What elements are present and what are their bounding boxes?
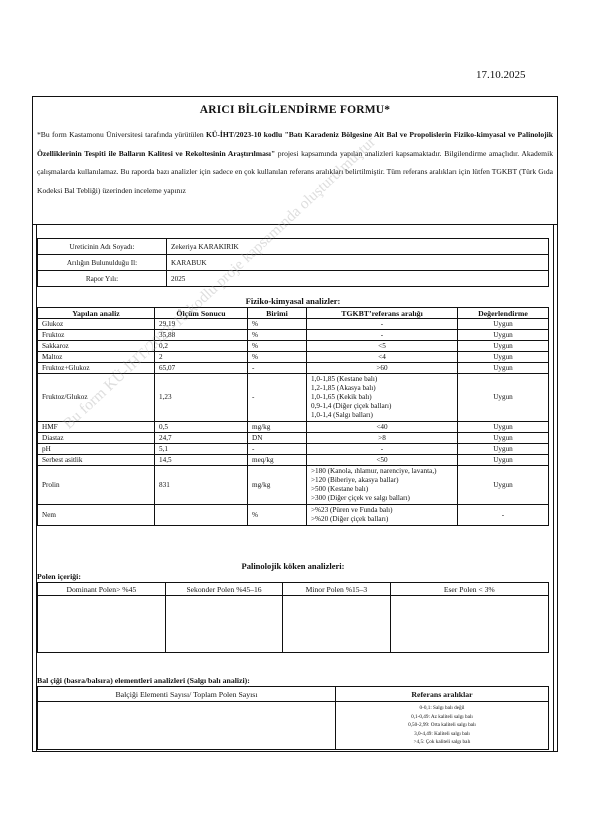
info-label: Arılığın Bulunulduğu Il: [38,255,167,271]
info-label: Ureticinin Adı Soyadı: [38,239,167,255]
evaluation-cell: Uygun [458,466,549,505]
polen-table: Dominant Polen> %45 Sekonder Polen %45–1… [37,582,549,653]
reference-line: >500 (Kestane balı) [311,485,453,494]
reference-cell: >%23 (Püren ve Funda balı)>%20 (Diğer çi… [307,505,458,526]
col-header: TGKBT’referans aralığı [307,308,458,319]
table-row: Nem%>%23 (Püren ve Funda balı)>%20 (Diğe… [38,505,549,526]
analysis-cell: Fruktoz+Glukoz [38,363,155,374]
col-header: Minor Polen %15–3 [283,583,390,596]
reference-line: - [311,331,453,340]
result-cell: 24,7 [155,433,248,444]
unit-cell: - [248,374,307,422]
balcigi-refs-cell: 0-0,1: Salgı balı değil0,1-0,49: Az kali… [336,702,549,750]
col-header: Dominant Polen> %45 [38,583,166,596]
polen-label: Polen içeriği: [37,572,81,581]
col-header: Eser Polen < 3% [390,583,548,596]
evaluation-cell: Uygun [458,433,549,444]
reference-cell: - [307,330,458,341]
unit-cell: % [248,319,307,330]
analysis-cell: pH [38,444,155,455]
reference-cell: 1,0-1,85 (Kestane balı)1,2-1,85 (Akasya … [307,374,458,422]
col-header: Sekonder Polen %45–16 [165,583,283,596]
result-cell: 65,07 [155,363,248,374]
evaluation-cell: Uygun [458,330,549,341]
table-row: Fruktoz35,88%-Uygun [38,330,549,341]
sekonder-polen-cell [165,596,283,653]
result-cell: 0,5 [155,422,248,433]
info-value: Zekeriya KARAKIRIK [167,239,549,255]
physico-table: Yapılan analiz Ölçüm Sonucu Birimi TGKBT… [37,307,549,526]
reference-line: >300 (Diğer çiçek ve salgı balları) [311,494,453,503]
analysis-cell: Maltoz [38,352,155,363]
balcigi-title: Bal çiği (basra/balsıra) elementleri ana… [37,676,250,685]
analysis-cell: Fruktoz [38,330,155,341]
col-header: Ölçüm Sonucu [155,308,248,319]
col-header: Yapılan analiz [38,308,155,319]
table-header-row: Yapılan analiz Ölçüm Sonucu Birimi TGKBT… [38,308,549,319]
info-value: KARABUK [167,255,549,271]
analysis-cell: HMF [38,422,155,433]
info-value: 2025 [167,271,549,287]
table-header-row: Dominant Polen> %45 Sekonder Polen %45–1… [38,583,549,596]
table-row: Serbest asitlik14,5meq/kg<50Uygun [38,455,549,466]
table-row: pH5,1--Uygun [38,444,549,455]
reference-cell: >60 [307,363,458,374]
reference-line: <40 [311,423,453,432]
evaluation-cell: Uygun [458,444,549,455]
reference-line: 0,1-0,49: Az kaliteli salgı balı [340,713,544,722]
reference-line: - [311,445,453,454]
evaluation-cell: - [458,505,549,526]
unit-cell: % [248,352,307,363]
table-row: Arılığın Bulunulduğu Il:KARABUK [38,255,549,271]
reference-cell: - [307,444,458,455]
evaluation-cell: Uygun [458,455,549,466]
form-title: ARICI BİLGİLENDİRME FORMU* [32,104,558,116]
reference-cell: <5 [307,341,458,352]
table-row: HMF0,5mg/kg<40Uygun [38,422,549,433]
evaluation-cell: Uygun [458,363,549,374]
analysis-cell: Fruktoz/Glukoz [38,374,155,422]
report-date: 17.10.2025 [476,69,526,81]
result-cell: 2 [155,352,248,363]
reference-line: 1,2-1,85 (Akasya balı) [311,384,453,393]
reference-line: >%23 (Püren ve Funda balı) [311,506,453,515]
reference-line: 1,0-1,4 (Salgı balları) [311,411,453,420]
col-header: Birimi [248,308,307,319]
unit-cell: % [248,330,307,341]
table-header-row: Balçiği Elementi Sayısı/ Toplam Polen Sa… [38,687,549,702]
reference-cell: <4 [307,352,458,363]
info-label: Rapor Yılı: [38,271,167,287]
minor-polen-cell [283,596,390,653]
result-cell: 14,5 [155,455,248,466]
analysis-cell: Glukoz [38,319,155,330]
table-row [38,596,549,653]
producer-info-table: Ureticinin Adı Soyadı:Zekeriya KARAKIRIK… [37,238,549,287]
col-header: Değerlendirme [458,308,549,319]
reference-line: 3,0-4,49: Kaliteli salgı balı [340,730,544,739]
reference-line: 0-0,1: Salgı balı değil [340,704,544,713]
palino-title: Palinolojik köken analizleri: [37,561,549,571]
reference-cell: <40 [307,422,458,433]
analysis-cell: Sakkaroz [38,341,155,352]
evaluation-cell: Uygun [458,319,549,330]
table-row: Glukoz29,19%-Uygun [38,319,549,330]
col-header: Referans aralıklar [336,687,549,702]
reference-line: 1,0-1,65 (Kekik balı) [311,393,453,402]
unit-cell: - [248,363,307,374]
table-row: Prolin831mg/kg>180 (Kanola, ıhlamur, nar… [38,466,549,505]
analysis-cell: Nem [38,505,155,526]
table-row: Sakkaroz0,2%<5Uygun [38,341,549,352]
reference-cell: - [307,319,458,330]
evaluation-cell: Uygun [458,374,549,422]
table-row: 0-0,1: Salgı balı değil0,1-0,49: Az kali… [38,702,549,750]
result-cell: 1,23 [155,374,248,422]
table-row: Fruktoz+Glukoz65,07->60Uygun [38,363,549,374]
analysis-cell: Prolin [38,466,155,505]
reference-line: 1,0-1,85 (Kestane balı) [311,375,453,384]
reference-cell: >8 [307,433,458,444]
reference-line: >180 (Kanola, ıhlamur, narenciye, lavant… [311,467,453,476]
unit-cell: % [248,505,307,526]
reference-cell: >180 (Kanola, ıhlamur, narenciye, lavant… [307,466,458,505]
result-cell: 35,88 [155,330,248,341]
unit-cell: mg/kg [248,466,307,505]
reference-line: <50 [311,456,453,465]
reference-line: - [311,320,453,329]
reference-cell: <50 [307,455,458,466]
evaluation-cell: Uygun [458,422,549,433]
result-cell [155,505,248,526]
reference-line: >60 [311,364,453,373]
analysis-cell: Diastaz [38,433,155,444]
evaluation-cell: Uygun [458,341,549,352]
dominant-polen-cell [38,596,166,653]
result-cell: 29,19 [155,319,248,330]
table-row: Diastaz24,7DN>8Uygun [38,433,549,444]
reference-line: 0,9-1,4 (Diğer çiçek balları) [311,402,453,411]
reference-line: >%20 (Diğer çiçek balları) [311,515,453,524]
unit-cell: - [248,444,307,455]
table-row: Fruktoz/Glukoz1,23-1,0-1,85 (Kestane bal… [38,374,549,422]
reference-line: <4 [311,353,453,362]
result-cell: 831 [155,466,248,505]
reference-line: 0,50-2,99: Orta kaliteli salgı balı [340,721,544,730]
unit-cell: DN [248,433,307,444]
evaluation-cell: Uygun [458,352,549,363]
unit-cell: mg/kg [248,422,307,433]
table-row: Rapor Yılı:2025 [38,271,549,287]
result-cell: 0,2 [155,341,248,352]
balcigi-value-cell [38,702,336,750]
intro-prefix: *Bu form Kastamonu Üniversitesi tarafınd… [37,130,206,139]
col-header: Balçiği Elementi Sayısı/ Toplam Polen Sa… [38,687,336,702]
form-intro: *Bu form Kastamonu Üniversitesi tarafınd… [37,126,553,200]
table-row: Ureticinin Adı Soyadı:Zekeriya KARAKIRIK [38,239,549,255]
reference-line: >120 (Biberiye, akasya ballar) [311,476,453,485]
analysis-cell: Serbest asitlik [38,455,155,466]
balcigi-table: Balçiği Elementi Sayısı/ Toplam Polen Sa… [37,686,549,750]
eser-polen-cell [390,596,548,653]
physico-title: Fiziko-kimyasal analizler: [37,296,549,306]
result-cell: 5,1 [155,444,248,455]
reference-line: >8 [311,434,453,443]
reference-line: >4,5: Çok kaliteli salgı balı [340,738,544,747]
reference-line: <5 [311,342,453,351]
unit-cell: meq/kg [248,455,307,466]
unit-cell: % [248,341,307,352]
table-row: Maltoz2%<4Uygun [38,352,549,363]
